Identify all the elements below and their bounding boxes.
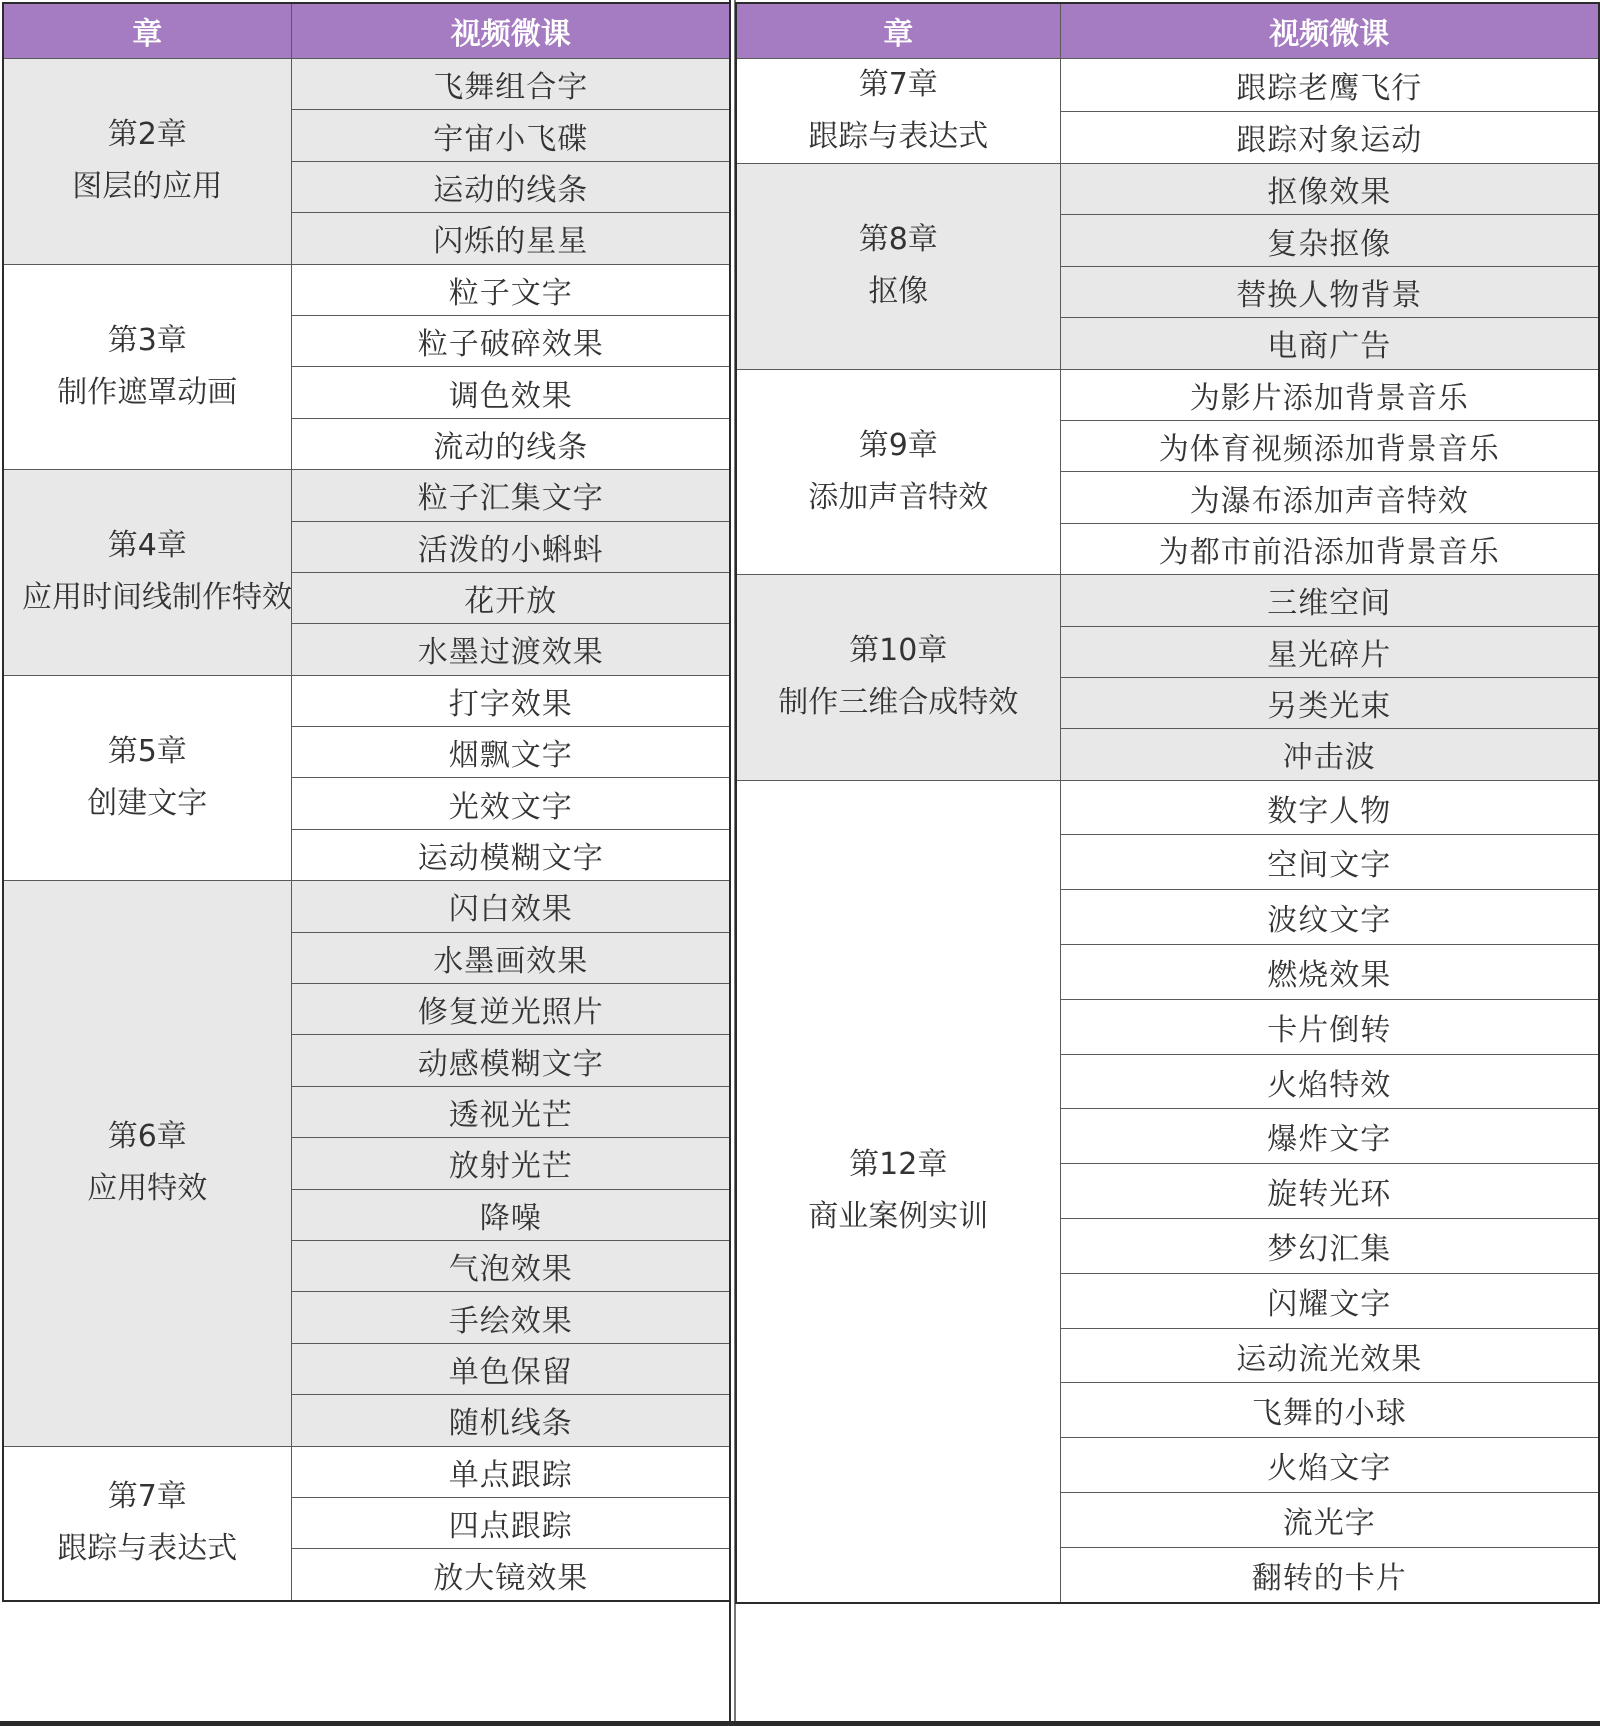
video-lesson-cell: 粒子文字	[291, 264, 731, 315]
chapter-number: 第5章	[4, 726, 291, 778]
chapter-title: 抠像	[737, 266, 1060, 318]
video-lesson-cell: 打字效果	[291, 675, 731, 726]
video-lesson-cell: 替换人物背景	[1060, 266, 1599, 317]
video-column-header: 视频微课	[1060, 3, 1599, 59]
video-lesson-cell: 四点跟踪	[291, 1497, 731, 1548]
table-row: 第4章应用时间线制作特效粒子汇集文字	[3, 470, 731, 521]
chapter-number: 第7章	[737, 59, 1060, 111]
chapter-title: 创建文字	[4, 778, 291, 830]
video-lesson-cell: 光效文字	[291, 778, 731, 829]
video-lesson-cell: 跟踪老鹰飞行	[1060, 59, 1599, 112]
video-lesson-cell: 为都市前沿添加背景音乐	[1060, 523, 1599, 574]
video-lesson-cell: 烟飘文字	[291, 727, 731, 778]
chapter-title: 制作三维合成特效	[737, 677, 1060, 729]
chapter-title: 跟踪与表达式	[4, 1523, 291, 1575]
chapter-cell: 第6章应用特效	[3, 881, 291, 1446]
video-lesson-cell: 运动的线条	[291, 161, 731, 212]
chapter-cell: 第5章创建文字	[3, 675, 291, 881]
chapter-cell: 第12章商业案例实训	[736, 780, 1060, 1602]
video-lesson-cell: 粒子破碎效果	[291, 315, 731, 366]
video-lesson-cell: 数字人物	[1060, 780, 1599, 835]
chapter-cell: 第7章跟踪与表达式	[736, 59, 1060, 164]
video-lesson-cell: 活泼的小蝌蚪	[291, 521, 731, 572]
video-lesson-cell: 为体育视频添加背景音乐	[1060, 420, 1599, 471]
video-lesson-cell: 波纹文字	[1060, 890, 1599, 945]
chapter-title: 添加声音特效	[737, 472, 1060, 524]
chapter-title: 应用时间线制作特效	[4, 572, 291, 624]
video-lesson-cell: 卡片倒转	[1060, 999, 1599, 1054]
video-lesson-cell: 运动模糊文字	[291, 829, 731, 880]
video-lesson-cell: 透视光芒	[291, 1086, 731, 1137]
video-column-header: 视频微课	[291, 3, 731, 59]
left-table-body: 第2章图层的应用飞舞组合字宇宙小飞碟运动的线条闪烁的星星第3章制作遮罩动画粒子文…	[3, 59, 731, 1601]
video-lesson-cell: 调色效果	[291, 367, 731, 418]
video-lesson-cell: 水墨画效果	[291, 932, 731, 983]
chapter-title: 商业案例实训	[737, 1191, 1060, 1243]
chapter-number: 第12章	[737, 1139, 1060, 1191]
table-row: 第8章抠像抠像效果	[736, 164, 1599, 215]
chapter-cell: 第3章制作遮罩动画	[3, 264, 291, 470]
table-row: 第7章跟踪与表达式跟踪老鹰飞行	[736, 59, 1599, 112]
video-lesson-cell: 为瀑布添加声音特效	[1060, 472, 1599, 523]
right-chapter-table: 章 视频微课 第7章跟踪与表达式跟踪老鹰飞行跟踪对象运动第8章抠像抠像效果复杂抠…	[735, 2, 1600, 1604]
video-lesson-cell: 修复逆光照片	[291, 984, 731, 1035]
video-lesson-cell: 随机线条	[291, 1395, 731, 1446]
video-lesson-cell: 星光碎片	[1060, 626, 1599, 677]
video-lesson-cell: 为影片添加背景音乐	[1060, 369, 1599, 420]
video-lesson-cell: 放射光芒	[291, 1138, 731, 1189]
table-row: 第9章添加声音特效为影片添加背景音乐	[736, 369, 1599, 420]
table-row: 第12章商业案例实训数字人物	[736, 780, 1599, 835]
chapter-cell: 第2章图层的应用	[3, 59, 291, 265]
chapter-title: 跟踪与表达式	[737, 111, 1060, 163]
video-lesson-cell: 流动的线条	[291, 418, 731, 469]
video-lesson-cell: 爆炸文字	[1060, 1109, 1599, 1164]
chapter-number: 第2章	[4, 109, 291, 161]
video-lesson-cell: 飞舞组合字	[291, 59, 731, 110]
chapter-number: 第9章	[737, 420, 1060, 472]
video-lesson-cell: 火焰文字	[1060, 1438, 1599, 1493]
chapter-title: 应用特效	[4, 1163, 291, 1215]
table-row: 第2章图层的应用飞舞组合字	[3, 59, 731, 110]
table-row: 第3章制作遮罩动画粒子文字	[3, 264, 731, 315]
chapter-cell: 第4章应用时间线制作特效	[3, 470, 291, 676]
video-lesson-cell: 三维空间	[1060, 575, 1599, 626]
course-video-index: 章 视频微课 第2章图层的应用飞舞组合字宇宙小飞碟运动的线条闪烁的星星第3章制作…	[0, 0, 1600, 1726]
table-row: 第5章创建文字打字效果	[3, 675, 731, 726]
video-lesson-cell: 闪白效果	[291, 881, 731, 932]
video-lesson-cell: 花开放	[291, 572, 731, 623]
video-lesson-cell: 飞舞的小球	[1060, 1383, 1599, 1438]
chapter-number: 第3章	[4, 315, 291, 367]
chapter-number: 第8章	[737, 214, 1060, 266]
video-lesson-cell: 跟踪对象运动	[1060, 111, 1599, 164]
video-lesson-cell: 闪耀文字	[1060, 1273, 1599, 1328]
bottom-border	[0, 1721, 1600, 1726]
video-lesson-cell: 燃烧效果	[1060, 945, 1599, 1000]
table-row: 第7章跟踪与表达式单点跟踪	[3, 1446, 731, 1497]
chapter-number: 第6章	[4, 1111, 291, 1163]
video-lesson-cell: 电商广告	[1060, 318, 1599, 369]
table-row: 第10章制作三维合成特效三维空间	[736, 575, 1599, 626]
video-lesson-cell: 冲击波	[1060, 729, 1599, 780]
video-lesson-cell: 粒子汇集文字	[291, 470, 731, 521]
video-lesson-cell: 梦幻汇集	[1060, 1219, 1599, 1274]
chapter-column-header: 章	[736, 3, 1060, 59]
right-table-body: 第7章跟踪与表达式跟踪老鹰飞行跟踪对象运动第8章抠像抠像效果复杂抠像替换人物背景…	[736, 59, 1599, 1603]
video-lesson-cell: 手绘效果	[291, 1292, 731, 1343]
video-lesson-cell: 降噪	[291, 1189, 731, 1240]
video-lesson-cell: 抠像效果	[1060, 164, 1599, 215]
right-header-row: 章 视频微课	[736, 3, 1599, 59]
video-lesson-cell: 气泡效果	[291, 1240, 731, 1291]
video-lesson-cell: 单色保留	[291, 1343, 731, 1394]
chapter-column-header: 章	[3, 3, 291, 59]
chapter-number: 第7章	[4, 1471, 291, 1523]
chapter-number: 第10章	[737, 625, 1060, 677]
video-lesson-cell: 放大镜效果	[291, 1549, 731, 1601]
chapter-cell: 第9章添加声音特效	[736, 369, 1060, 575]
video-lesson-cell: 旋转光环	[1060, 1164, 1599, 1219]
video-lesson-cell: 运动流光效果	[1060, 1328, 1599, 1383]
chapter-cell: 第7章跟踪与表达式	[3, 1446, 291, 1601]
left-header-row: 章 视频微课	[3, 3, 731, 59]
chapter-title: 制作遮罩动画	[4, 367, 291, 419]
chapter-title: 图层的应用	[4, 161, 291, 213]
video-lesson-cell: 水墨过渡效果	[291, 624, 731, 675]
video-lesson-cell: 复杂抠像	[1060, 215, 1599, 266]
video-lesson-cell: 另类光束	[1060, 677, 1599, 728]
table-row: 第6章应用特效闪白效果	[3, 881, 731, 932]
video-lesson-cell: 流光字	[1060, 1493, 1599, 1548]
video-lesson-cell: 单点跟踪	[291, 1446, 731, 1497]
video-lesson-cell: 火焰特效	[1060, 1054, 1599, 1109]
video-lesson-cell: 宇宙小飞碟	[291, 110, 731, 161]
chapter-cell: 第8章抠像	[736, 164, 1060, 370]
chapter-number: 第4章	[4, 520, 291, 572]
chapter-cell: 第10章制作三维合成特效	[736, 575, 1060, 781]
video-lesson-cell: 空间文字	[1060, 835, 1599, 890]
video-lesson-cell: 翻转的卡片	[1060, 1547, 1599, 1602]
left-chapter-table: 章 视频微课 第2章图层的应用飞舞组合字宇宙小飞碟运动的线条闪烁的星星第3章制作…	[2, 2, 732, 1602]
video-lesson-cell: 闪烁的星星	[291, 213, 731, 264]
video-lesson-cell: 动感模糊文字	[291, 1035, 731, 1086]
